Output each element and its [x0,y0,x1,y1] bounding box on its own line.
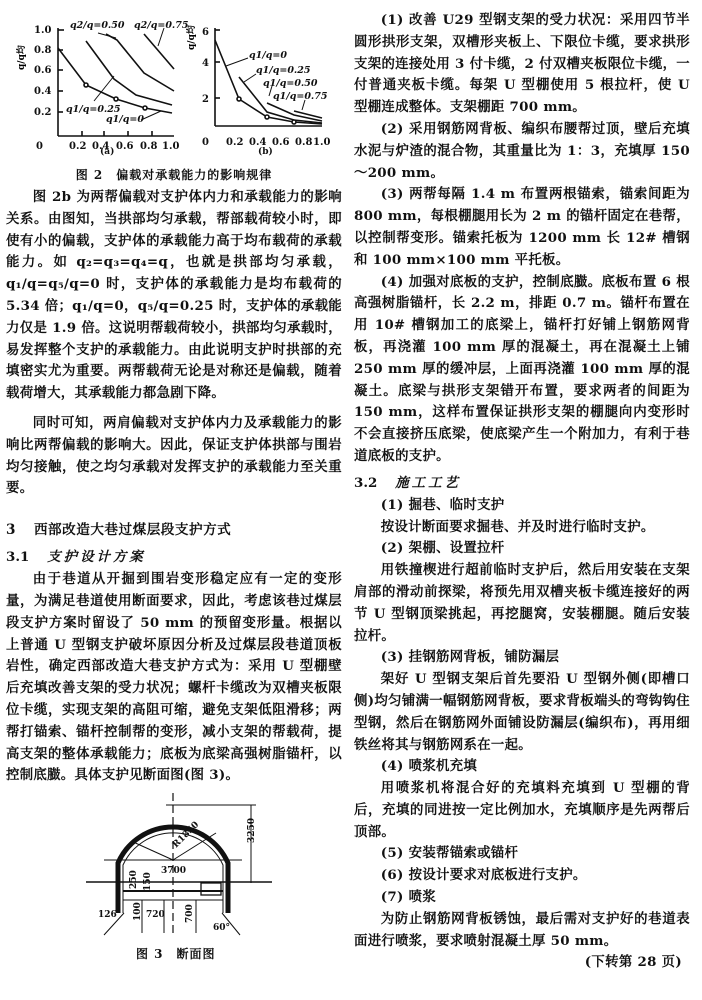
chart-a-yticks: 1.0 0.8 0.6 0.4 0.2 [34,25,51,118]
svg-text:0.6: 0.6 [272,137,289,148]
svg-text:6: 6 [202,27,209,38]
paragraph: 同时可知，两肩偏载对支护体内力及承载能力的影响比两帮偏载的影响大。因此，保证支护… [6,413,342,500]
svg-text:150: 150 [143,872,153,891]
svg-text:q1/q=0.50: q1/q=0.50 [263,78,318,89]
svg-text:0.2: 0.2 [34,107,51,118]
figure-2-caption: 图 2 偏载对承载能力的影响规律 [6,166,342,183]
svg-text:126: 126 [98,910,117,920]
svg-text:700: 700 [185,904,195,923]
right-column: (1) 改善 U29 型钢支架的受力状况：采用四节半圆形拱形支架，双槽形夹板上、… [354,10,690,974]
svg-text:0: 0 [202,137,209,148]
paragraph: (2) 采用钢筋网背板、编织布腰帮过顶，壁后充填水泥与炉渣的混合物，其重量比为 … [354,119,690,184]
left-column: q/q均 1.0 0.8 0.6 0.4 0.2 0 0.2 0.4 0.6 0… [6,0,342,966]
chart-a-series-labels: q2/q=0.50 q2/q=0.75 q1/q=0.25 q1/q=0 [66,20,189,125]
figure-2-charts: q/q均 1.0 0.8 0.6 0.4 0.2 0 0.2 0.4 0.6 0… [6,0,346,150]
paragraph: 用铁撞楔进行超前临时支护后，然后用安装在支架肩部的滑动前探梁，将预先用双槽夹板卡… [354,560,690,647]
paragraph: (4) 加强对底板的支护，控制底臌。底板布置 6 根高强树脂锚杆，长 2.2 m… [354,272,690,468]
svg-text:250: 250 [129,870,139,889]
svg-text:0.4: 0.4 [34,86,51,97]
cross-section-diagram: R1850 3700 3250 250 150 100 720 700 126 … [6,793,342,943]
chart-a-ylabel: q/q均 [15,44,27,70]
figure-2: q/q均 1.0 0.8 0.6 0.4 0.2 0 0.2 0.4 0.6 0… [6,0,342,150]
svg-text:2: 2 [202,94,209,105]
paragraph: 按设计断面要求掘巷、并及时进行临时支护。 [354,517,690,539]
continued-note: (下转第 28 页) [354,952,690,974]
chart-b-ylabel: q/q均 [185,24,197,50]
svg-text:q1/q=0.25: q1/q=0.25 [256,65,311,76]
paragraph: 由于巷道从开掘到围岩变形稳定应有一定的变形量，为满足巷道使用断面要求，因此，考虑… [6,569,342,787]
step-title: (7) 喷浆 [354,887,690,909]
figure-3-caption: 图 3 断面图 [6,945,342,962]
svg-text:q2/q=0.75: q2/q=0.75 [134,20,189,31]
svg-text:0.8: 0.8 [295,137,312,148]
paragraph: 图 2b 为两帮偏载对支护体内力和承载能力的影响关系。由图知，当拱部均匀承载，帮… [6,187,342,405]
paragraph: (3) 两帮每隔 1.4 m 布置两根锚索，锚索间距为 800 mm，每根棚腿用… [354,184,690,271]
panel-b-label: (b) [258,147,273,157]
section-heading-3: 3西部改造大巷过煤层段支护方式 [6,518,342,538]
step-title: (3) 挂钢筋网背板，铺防漏层 [354,647,690,669]
chart-b-yticks: 6 4 2 [202,27,209,105]
svg-text:0.6: 0.6 [34,65,51,76]
section-heading-3-2: 3.2施工工艺 [354,472,690,491]
svg-text:q1/q=0.75: q1/q=0.75 [273,91,328,102]
step-title: (6) 按设计要求对底板进行支护。 [354,865,690,887]
step-title: (2) 架棚、设置拉杆 [354,538,690,560]
svg-text:1.0: 1.0 [34,25,51,36]
svg-text:1.0: 1.0 [313,137,330,148]
svg-text:60°: 60° [213,923,230,933]
svg-text:q2/q=0.50: q2/q=0.50 [70,20,125,31]
svg-text:3700: 3700 [161,866,186,876]
svg-text:3250: 3250 [247,818,257,843]
chart-b [215,28,322,126]
svg-text:720: 720 [146,910,165,920]
svg-text:0: 0 [36,141,43,150]
figure-3: R1850 3700 3250 250 150 100 720 700 126 … [6,793,342,943]
paragraph: (1) 改善 U29 型钢支架的受力状况：采用四节半圆形拱形支架，双槽形夹板上、… [354,10,690,119]
svg-text:0.6: 0.6 [116,141,133,150]
panel-a-label: (a) [100,147,114,157]
step-title: (4) 喷浆机充填 [354,756,690,778]
svg-text:0.2: 0.2 [69,141,86,150]
svg-text:q1/q=0: q1/q=0 [249,50,287,61]
svg-text:100: 100 [133,902,143,921]
svg-text:1.0: 1.0 [162,141,179,150]
svg-text:q1/q=0: q1/q=0 [106,114,144,125]
paragraph: 为防止钢筋网背板锈蚀，最后需对支护好的巷道表面进行喷浆，要求喷射混凝土厚 50 … [354,909,690,953]
paragraph: 架好 U 型钢支架后首先要沿 U 型钢外侧(即槽口侧)均匀铺满一幅钢筋网背板，要… [354,669,690,756]
svg-text:4: 4 [202,58,209,69]
svg-text:0.8: 0.8 [140,141,157,150]
step-title: (1) 掘巷、临时支护 [354,495,690,517]
chart-b-series-labels: q1/q=0 q1/q=0.25 q1/q=0.50 q1/q=0.75 [249,50,328,102]
section-heading-3-1: 3.1支护设计方案 [6,546,342,565]
svg-text:0.8: 0.8 [34,45,51,56]
step-title: (5) 安装帮锚索或锚杆 [354,843,690,865]
paragraph: 用喷浆机将混合好的充填料充填到 U 型棚的背后，充填的同进按一定比例加水，充填顺… [354,778,690,843]
svg-text:0.2: 0.2 [226,137,243,148]
